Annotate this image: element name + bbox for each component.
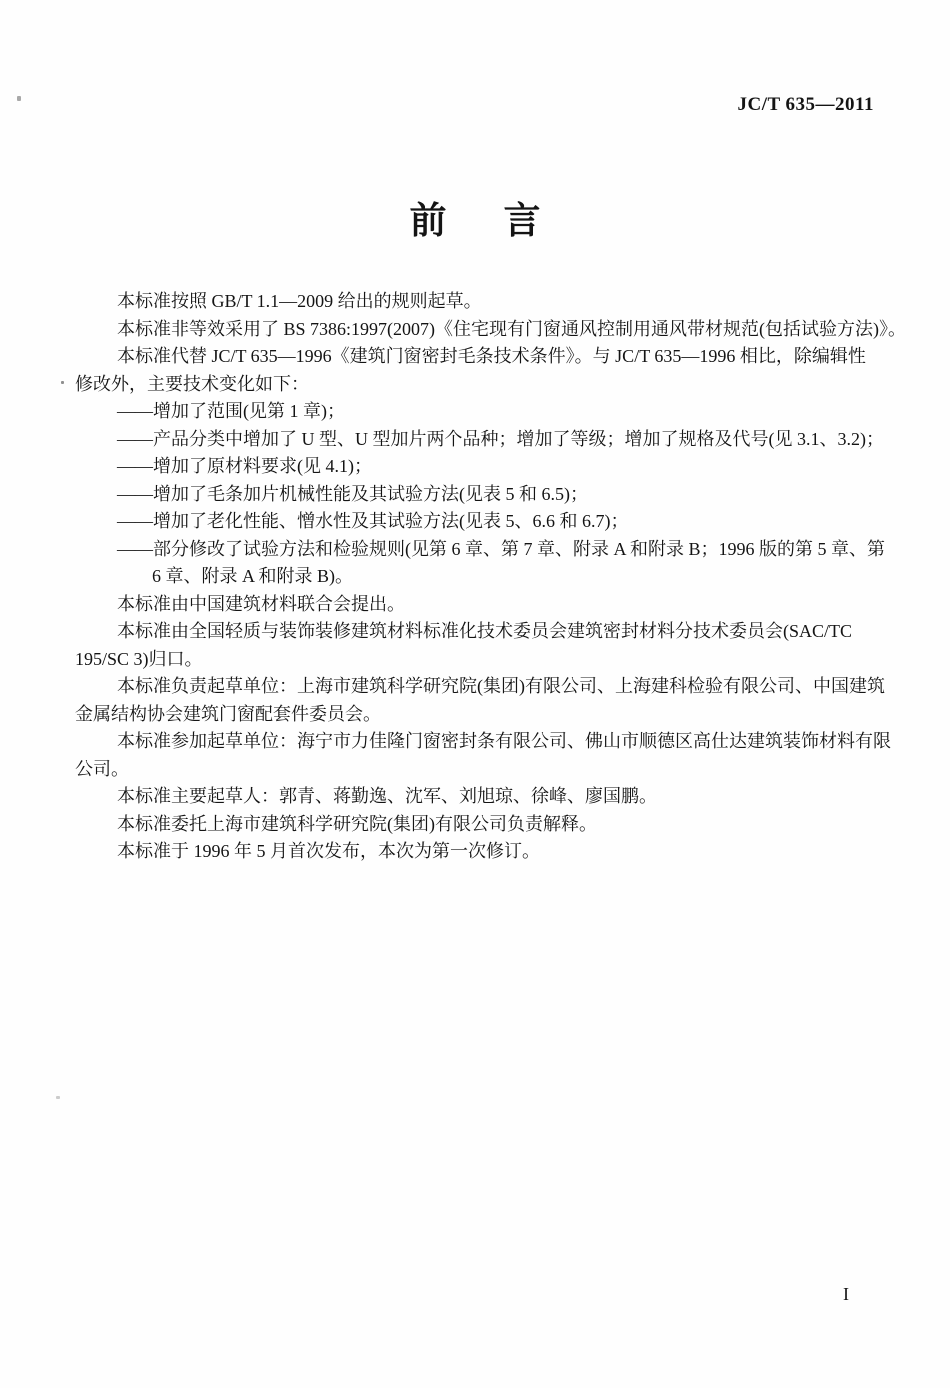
page-title: 前 言 <box>0 190 950 244</box>
foreword-line: 金属结构协会建筑门窗配套件委员会。 <box>75 701 879 729</box>
foreword-line: 本标准参加起草单位：海宁市力佳隆门窗密封条有限公司、佛山市顺德区高仕达建筑装饰材… <box>75 728 879 756</box>
foreword-line: 修改外，主要技术变化如下： <box>75 371 879 399</box>
standard-code-header: JC/T 635—2011 <box>737 94 874 116</box>
foreword-line: 本标准于 1996 年 5 月首次发布，本次为第一次修订。 <box>75 838 879 866</box>
foreword-change-item: ——增加了范围(见第 1 章)； <box>75 398 879 426</box>
foreword-line: 本标准负责起草单位：上海市建筑科学研究院(集团)有限公司、上海建科检验有限公司、… <box>75 673 879 701</box>
foreword-change-item: ——增加了毛条加片机械性能及其试验方法(见表 5 和 6.5)； <box>75 481 879 509</box>
foreword-line: 本标准按照 GB/T 1.1—2009 给出的规则起草。 <box>75 288 879 316</box>
foreword-line: 公司。 <box>75 756 879 784</box>
foreword-line: 本标准主要起草人：郭青、蒋勤逸、沈军、刘旭琼、徐峰、廖国鹏。 <box>75 783 879 811</box>
page-number: I <box>843 1284 849 1305</box>
foreword-line: 本标准由全国轻质与装饰装修建筑材料标准化技术委员会建筑密封材料分技术委员会(SA… <box>75 618 879 646</box>
foreword-line: 本标准代替 JC/T 635—1996《建筑门窗密封毛条技术条件》。与 JC/T… <box>75 343 879 371</box>
foreword-change-item: ——增加了老化性能、憎水性及其试验方法(见表 5、6.6 和 6.7)； <box>75 508 879 536</box>
foreword-line: 195/SC 3)归口。 <box>75 646 879 674</box>
foreword-change-item: ——产品分类中增加了 U 型、U 型加片两个品种；增加了等级；增加了规格及代号(… <box>75 426 879 454</box>
scan-artifact-dot <box>56 1096 60 1099</box>
foreword-body: 本标准按照 GB/T 1.1—2009 给出的规则起草。 本标准非等效采用了 B… <box>75 288 879 866</box>
foreword-line: 本标准由中国建筑材料联合会提出。 <box>75 591 879 619</box>
foreword-line: 本标准委托上海市建筑科学研究院(集团)有限公司负责解释。 <box>75 811 879 839</box>
foreword-change-item-continuation: 6 章、附录 A 和附录 B)。 <box>75 563 879 591</box>
document-page: JC/T 635—2011 前 言 本标准按照 GB/T 1.1—2009 给出… <box>0 0 950 1388</box>
scan-artifact-dot <box>61 381 64 384</box>
scan-artifact-dot <box>17 96 21 101</box>
foreword-change-item: ——增加了原材料要求(见 4.1)； <box>75 453 879 481</box>
foreword-change-item: ——部分修改了试验方法和检验规则(见第 6 章、第 7 章、附录 A 和附录 B… <box>75 536 879 564</box>
foreword-line: 本标准非等效采用了 BS 7386:1997(2007)《住宅现有门窗通风控制用… <box>75 316 879 344</box>
